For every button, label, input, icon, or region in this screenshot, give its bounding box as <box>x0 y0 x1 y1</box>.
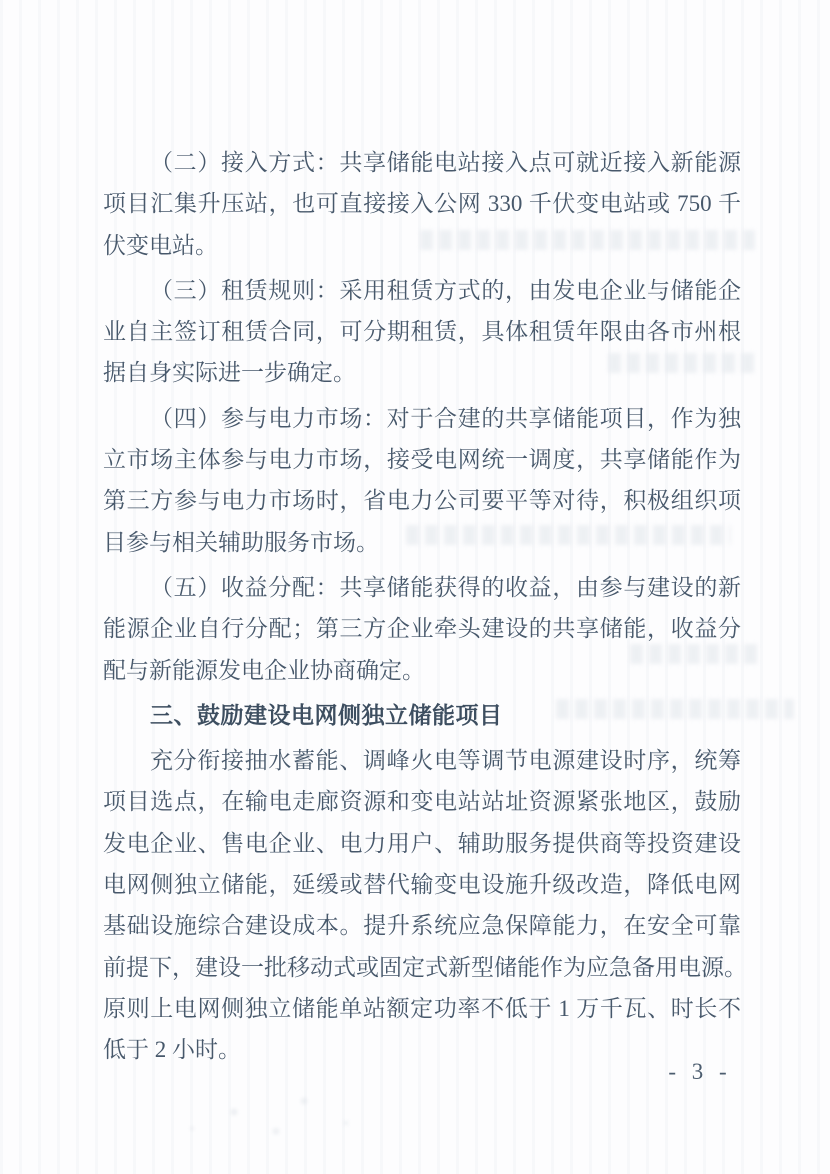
scanned-document-page: （二）接入方式：共享储能电站接入点可就近接入新能源项目汇集升压站，也可直接接入公… <box>0 0 830 1174</box>
text-line: 低于 2 小时。 <box>103 1029 741 1070</box>
para-2-access-method: （二）接入方式：共享储能电站接入点可就近接入新能源项目汇集升压站，也可直接接入公… <box>103 142 741 266</box>
text-line: （四）参与电力市场：对于合建的共享储能项目，作为独 <box>103 398 741 439</box>
scan-noise-artifact <box>150 1090 430 1145</box>
text-line: 配与新能源发电企业协商确定。 <box>103 650 741 691</box>
para-3-lease-rules: （三）租赁规则：采用租赁方式的，由发电企业与储能企业自主签订租赁合同，可分期租赁… <box>103 270 741 394</box>
text-line: 立市场主体参与电力市场，接受电网统一调度，共享储能作为 <box>103 439 741 480</box>
text-line: （三）租赁规则：采用租赁方式的，由发电企业与储能企 <box>103 270 741 311</box>
text-line: 伏变电站。 <box>103 225 741 266</box>
text-line: 第三方参与电力市场时，省电力公司要平等对待，积极组织项 <box>103 480 741 521</box>
text-line: 能源企业自行分配；第三方企业牵头建设的共享储能，收益分 <box>103 608 741 649</box>
text-line: 充分衔接抽水蓄能、调峰火电等调节电源建设时序，统筹 <box>103 740 741 781</box>
text-line: （二）接入方式：共享储能电站接入点可就近接入新能源 <box>103 142 741 183</box>
text-line: 前提下，建设一批移动式或固定式新型储能作为应急备用电源。 <box>103 947 741 988</box>
text-line: 电网侧独立储能，延缓或替代输变电设施升级改造，降低电网 <box>103 864 741 905</box>
text-line: 业自主签订租赁合同，可分期租赁，具体租赁年限由各市州根 <box>103 311 741 352</box>
text-line: 原则上电网侧独立储能单站额定功率不低于 1 万千瓦、时长不 <box>103 988 741 1029</box>
para-4-power-market: （四）参与电力市场：对于合建的共享储能项目，作为独立市场主体参与电力市场，接受电… <box>103 398 741 563</box>
document-body: （二）接入方式：共享储能电站接入点可就近接入新能源项目汇集升压站，也可直接接入公… <box>103 142 741 1071</box>
text-line: 据自身实际进一步确定。 <box>103 352 741 393</box>
text-line: （五）收益分配：共享储能获得的收益，由参与建设的新 <box>103 567 741 608</box>
para-6-grid-side-storage: 充分衔接抽水蓄能、调峰火电等调节电源建设时序，统筹项目选点，在输电走廊资源和变电… <box>103 740 741 1070</box>
section-heading: 三、鼓励建设电网侧独立储能项目 <box>103 695 741 736</box>
text-line: 项目汇集升压站，也可直接接入公网 330 千伏变电站或 750 千 <box>103 183 741 224</box>
heading-section-3: 三、鼓励建设电网侧独立储能项目 <box>103 695 741 736</box>
page-number: - 3 - <box>655 1058 745 1086</box>
text-line: 目参与相关辅助服务市场。 <box>103 522 741 563</box>
text-line: 发电企业、售电企业、电力用户、辅助服务提供商等投资建设 <box>103 823 741 864</box>
para-5-revenue-distribution: （五）收益分配：共享储能获得的收益，由参与建设的新能源企业自行分配；第三方企业牵… <box>103 567 741 691</box>
text-line: 项目选点，在输电走廊资源和变电站站址资源紧张地区，鼓励 <box>103 781 741 822</box>
text-line: 基础设施综合建设成本。提升系统应急保障能力，在安全可靠 <box>103 905 741 946</box>
